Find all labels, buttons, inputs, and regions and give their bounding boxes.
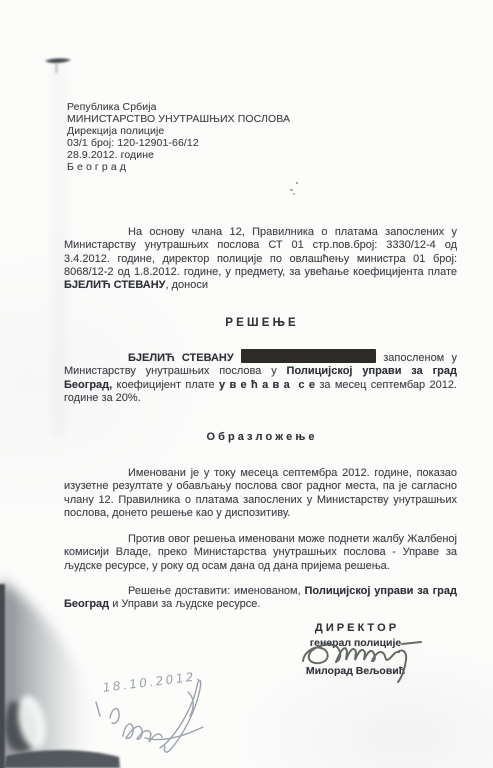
decision-paragraph: БЈЕЛИЋ СТЕВАНУ запосленом у Министарству… — [64, 349, 457, 405]
letterhead-city: Б е о г р а д — [67, 161, 290, 173]
delivery-paragraph: Решење доставити: именованом, Полицијско… — [64, 585, 457, 612]
decision-title: Р Е Ш Е Њ Е — [64, 317, 457, 329]
director-title: Д И Р Е К Т О Р — [293, 622, 418, 634]
appeal-paragraph: Против овог решења именовани може поднет… — [64, 533, 457, 573]
letterhead-ministry: МИНИСТАРСТВО УНУТРАШЊИХ ПОСЛОВА — [67, 113, 290, 125]
letterhead-ref-number: 03/1 број: 120-12901-66/12 — [67, 137, 290, 149]
redaction-box — [241, 349, 376, 363]
letterhead-country: Република Србија — [67, 101, 290, 113]
letterhead-date: 28.9.2012. године — [67, 149, 290, 161]
explanation-title: О б р а з л о ж е њ е — [64, 431, 457, 443]
delivery-lead: Решење доставити: именованом, — [128, 585, 305, 597]
director-name: Милорад Вељовић — [293, 665, 418, 677]
decision-mid-text: коефицијент плате — [112, 379, 219, 391]
ink-speckles — [290, 182, 298, 195]
delivery-tail: и Управи за људске ресурсе. — [109, 598, 260, 610]
legal-basis-text: На основу члана 12, Правилника о платама… — [64, 226, 457, 278]
legal-basis-closing: , доноси — [166, 279, 209, 291]
explanation-paragraph-1: Именовани је у току месеца септембра 201… — [64, 467, 457, 520]
signature-block: Д И Р Е К Т О Р генерал полиције Милорад… — [293, 622, 418, 677]
legal-basis-paragraph: На основу члана 12, Правилника о платама… — [64, 226, 457, 292]
letterhead-directorate: Дирекција полиције — [67, 125, 290, 137]
employee-name: БЈЕЛИЋ СТЕВАНУ — [64, 279, 166, 291]
employee-name: БЈЕЛИЋ СТЕВАНУ — [128, 352, 241, 364]
letterhead: Република Србија МИНИСТАРСТВО УНУТРАШЊИХ… — [67, 101, 290, 173]
handwritten-date: 18.10.2012. — [102, 669, 203, 695]
director-rank: генерал полиције — [293, 637, 418, 649]
increase-phrase: у в е ћ а в а с е — [219, 379, 315, 391]
scanned-document-page: Република Србија МИНИСТАРСТВО УНУТРАШЊИХ… — [0, 0, 493, 768]
